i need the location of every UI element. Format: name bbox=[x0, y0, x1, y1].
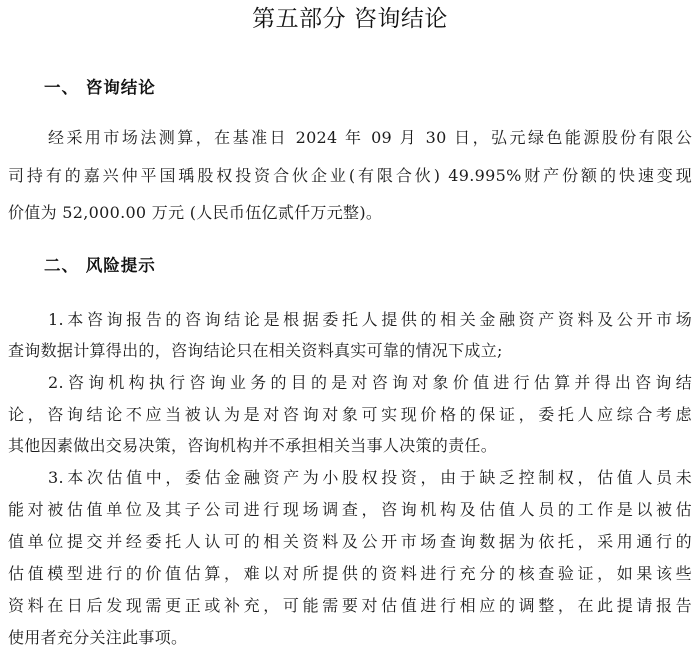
paragraph-line: 司持有的嘉兴仲平国瑀股权投资合伙企业(有限合伙) 49.995%财产份额的快速变… bbox=[8, 164, 692, 188]
paragraph-line: 其他因素做出交易决策，咨询机构并不承担相关当事人决策的责任。 bbox=[8, 434, 692, 458]
section-heading-conclusion: 一、 咨询结论 bbox=[44, 76, 156, 100]
paragraph-line: 价值为 52,000.00 万元 (人民币伍亿贰仟万元整)。 bbox=[8, 201, 692, 225]
paragraph-line: 估值模型进行的价值估算，难以对所提供的资料进行充分的核查验证，如果该些 bbox=[8, 562, 692, 586]
paragraph-line: 使用者充分关注此事项。 bbox=[8, 626, 692, 650]
section-heading-risk: 二、 风险提示 bbox=[44, 254, 156, 278]
paragraph-line: 经采用市场法测算，在基准日 2024 年 09 月 30 日，弘元绿色能源股份有… bbox=[48, 126, 692, 150]
paragraph-line: 查询数据计算得出的，咨询结论只在相关资料真实可靠的情况下成立; bbox=[8, 339, 692, 363]
paragraph-line: 1.本咨询报告的咨询结论是根据委托人提供的相关金融资产资料及公开市场 bbox=[48, 308, 692, 332]
paragraph-line: 资料在日后发现需更正或补充，可能需要对估值进行相应的调整，在此提请报告 bbox=[8, 594, 692, 618]
paragraph-line: 论，咨询结论不应当被认为是对咨询对象可实现价格的保证，委托人应综合考虑 bbox=[8, 403, 692, 427]
paragraph-line: 2.咨询机构执行咨询业务的目的是对咨询对象价值进行估算并得出咨询结 bbox=[48, 371, 692, 395]
paragraph-line: 能对被估值单位及其子公司进行现场调查，咨询机构及估值人员的工作是以被估 bbox=[8, 498, 692, 522]
paragraph-line: 值单位提交并经委托人认可的相关资料及公开市场查询数据为依托，采用通行的 bbox=[8, 530, 692, 554]
paragraph-line: 3.本次估值中，委估金融资产为小股权投资，由于缺乏控制权，估值人员未 bbox=[48, 466, 692, 490]
page-title: 第五部分 咨询结论 bbox=[0, 2, 700, 36]
